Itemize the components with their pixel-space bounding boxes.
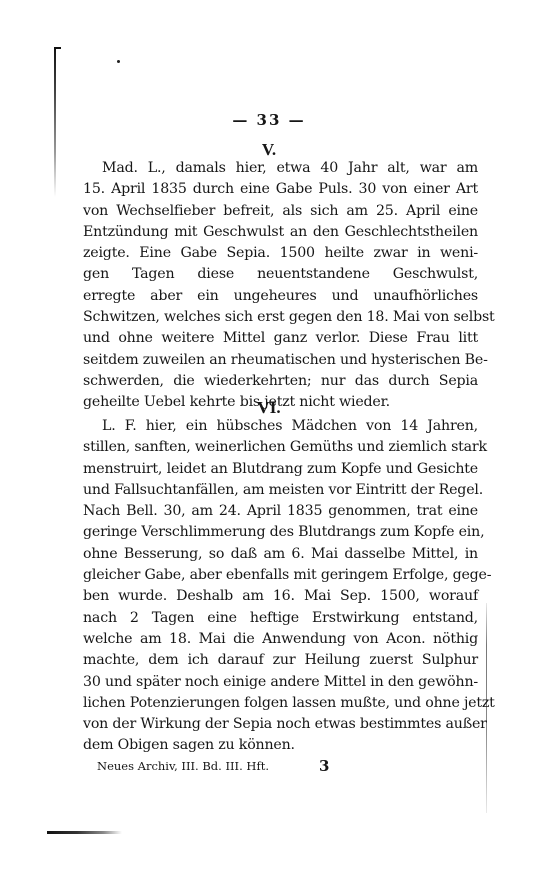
text-line: Mad. L., damals hier, etwa 40 Jahr alt, … <box>83 158 478 179</box>
page-edge-left-tick <box>54 47 61 49</box>
text-line: von Wechselfieber befreit, als sich am 2… <box>83 201 478 222</box>
signature-line: Neues Archiv, III. Bd. III. Hft. <box>97 759 269 773</box>
text-line: Schwitzen, welches sich erst gegen den 1… <box>83 307 478 328</box>
section-heading-v: V. <box>0 140 538 160</box>
text-line: Entzündung mit Geschwulst an den Geschle… <box>83 222 478 243</box>
signature-footer: Neues Archiv, III. Bd. III. Hft. 3 <box>97 759 417 773</box>
text-line: stillen, sanften, weinerlichen Gemüths u… <box>83 437 478 458</box>
signature-mark: 3 <box>319 757 329 775</box>
page-edge-bottom <box>47 831 122 834</box>
text-line: menstruirt, leidet an Blutdrang zum Kopf… <box>83 459 478 480</box>
book-page: — 33 — V. Mad. L., damals hier, etwa 40 … <box>0 0 538 892</box>
text-line: geringe Verschlimmerung des Blutdrangs z… <box>83 522 478 543</box>
section-heading-vi: VI. <box>0 398 538 418</box>
section-vi-body: L. F. hier, ein hübsches Mädchen von 14 … <box>83 416 478 757</box>
text-line: von der Wirkung der Sepia noch etwas bes… <box>83 714 478 735</box>
text-line: seitdem zuweilen an rheumatischen und hy… <box>83 350 478 371</box>
speck <box>117 60 120 63</box>
text-line: ohne Besserung, so daß am 6. Mai dasselb… <box>83 544 478 565</box>
text-line: L. F. hier, ein hübsches Mädchen von 14 … <box>83 416 478 437</box>
text-line: gleicher Gabe, aber ebenfalls mit gering… <box>83 565 478 586</box>
text-line: gen Tagen diese neuentstandene Geschwuls… <box>83 264 478 285</box>
text-line: 15. April 1835 durch eine Gabe Puls. 30 … <box>83 179 478 200</box>
text-line: lichen Potenzierungen folgen lassen mußt… <box>83 693 478 714</box>
text-line: erregte aber ein ungeheures und unaufhör… <box>83 286 478 307</box>
text-line: ben wurde. Deshalb am 16. Mai Sep. 1500,… <box>83 586 478 607</box>
text-line: zeigte. Eine Gabe Sepia. 1500 heilte zwa… <box>83 243 478 264</box>
text-line: machte, dem ich darauf zur Heilung zuers… <box>83 650 478 671</box>
text-line: 30 und später noch einige andere Mittel … <box>83 672 478 693</box>
section-v-body: Mad. L., damals hier, etwa 40 Jahr alt, … <box>83 158 478 414</box>
text-line: nach 2 Tagen eine heftige Erstwirkung en… <box>83 608 478 629</box>
text-line: und Fallsuchtanfällen, am meisten vor Ei… <box>83 480 478 501</box>
text-line: schwerden, die wiederkehrten; nur das du… <box>83 371 478 392</box>
text-line: Nach Bell. 30, am 24. April 1835 genomme… <box>83 501 478 522</box>
text-line: welche am 18. Mai die Anwendung von Acon… <box>83 629 478 650</box>
page-number: — 33 — <box>0 111 538 129</box>
text-line: und ohne weitere Mittel ganz verlor. Die… <box>83 328 478 349</box>
text-line: dem Obigen sagen zu können. <box>83 735 478 756</box>
